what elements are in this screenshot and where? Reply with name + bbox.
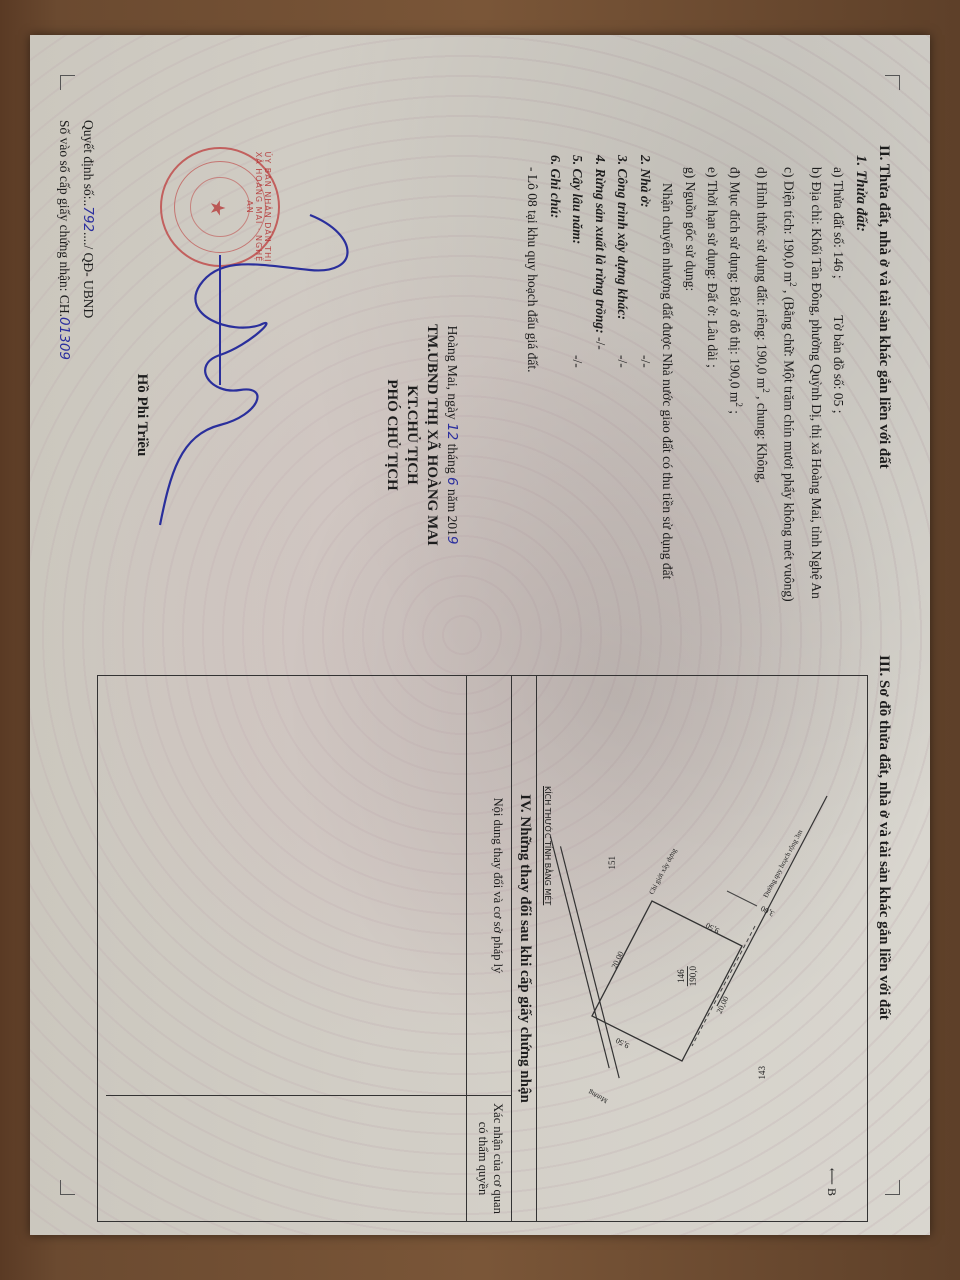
parcel-number: a) Thửa đất số: 146 ;: [832, 167, 847, 279]
issuing-org: TM.UBND THỊ XÃ HOÀNG MAI: [422, 285, 442, 585]
signing-block: Hoàng Mai, ngày 12 tháng 6 năm 2019 TM.U…: [382, 285, 462, 585]
purpose-text: đ) Mục đích sử dụng: Đất ở đô thị: 190,0…: [728, 167, 743, 402]
changes-header: Nội dung thay đổi và cơ sở pháp lý Xác n…: [466, 676, 511, 1221]
item-value: -/-: [638, 355, 653, 368]
purpose-line: đ) Mục đích sử dụng: Đất ở đô thị: 190,0…: [724, 155, 751, 625]
usage-form-text: d) Hình thức sử dụng đất: riêng: 190,0 m: [755, 167, 770, 388]
decision-number: 792: [80, 206, 96, 232]
decision-number-line: Quyết định số:..792..../ QĐ- UBND: [76, 120, 100, 360]
area-line: c) Diện tích: 190,0 m2 , (Bằng chữ: Một …: [778, 155, 805, 625]
origin-value: Nhận chuyển nhượng đất được Nhà nước gia…: [656, 155, 679, 625]
parcel-area-text: 190,0: [688, 966, 699, 986]
item-label: 2. Nhà ở:: [634, 155, 657, 355]
purpose-end: ;: [728, 407, 743, 414]
signer-name: Hồ Phi Triều: [133, 300, 150, 530]
neighbor-parcel: 143: [757, 1066, 767, 1080]
day-handwritten: 12: [444, 423, 460, 440]
origin-label: g) Nguồn gốc sử dụng:: [679, 155, 702, 625]
changes-title: IV. Những thay đổi sau khi cấp giấy chứn…: [511, 676, 538, 1221]
area-text: c) Diện tích: 190,0 m: [782, 167, 797, 282]
map-sheet-number: Tờ bản đồ số: 05 ;: [832, 315, 847, 413]
changes-col-content: Nội dung thay đổi và cơ sở pháp lý: [467, 676, 511, 1096]
item-value: -/-: [616, 355, 631, 368]
year-label: năm 201: [445, 486, 460, 536]
item-house: 2. Nhà ở:-/-: [634, 155, 657, 625]
parcel-number-text: 146: [676, 966, 688, 986]
changes-content-cell: [106, 676, 466, 1096]
parcel-map: ⟵ B 146 190,0 143 151 20,00 9,50 20,00 9…: [536, 675, 868, 1222]
register-number: 01309: [56, 317, 72, 360]
parcel-label: 146 190,0: [676, 966, 699, 986]
section-ii-title: II. Thửa đất, nhà ở và tài sản khác gắn …: [875, 145, 892, 469]
register-prefix: Số vào sổ cấp giấy chứng nhận: CH.: [57, 120, 72, 317]
subsection-parcel-title: 1. Thửa đất:: [850, 155, 873, 625]
year-handwritten: 9: [444, 536, 460, 545]
signer-role: PHÓ CHỦ TỊCH: [382, 285, 402, 585]
right-page: III. Sơ đồ thửa đất, nhà ở và tài sản kh…: [30, 635, 930, 1235]
address-line: b) Địa chỉ: Khối Tân Đông, phường Quỳnh …: [805, 155, 828, 625]
parcel-number-line: a) Thửa đất số: 146 ; Tờ bản đồ số: 05 ;: [827, 155, 850, 625]
item-value: -/-: [593, 337, 608, 350]
decision-info: Quyết định số:..792..../ QĐ- UBND Số vào…: [52, 120, 100, 360]
notes-value: - Lô 08 tại khu quy hoạch đấu giá đất.: [521, 155, 544, 625]
usage-form-line: d) Hình thức sử dụng đất: riêng: 190,0 m…: [751, 155, 778, 625]
area-words: , (Bằng chữ: Một trăm chín mươi phẩy khô…: [782, 287, 797, 602]
parcel-diagram: [537, 676, 867, 1221]
item-perennial-trees: 5. Cây lâu năm:-/-: [566, 155, 589, 625]
place-text: Hoàng Mai, ngày: [445, 326, 460, 423]
north-label: B: [825, 1188, 839, 1196]
item-planted-forest: 4. Rừng sản xuất là rừng trồng: -/-: [589, 155, 612, 625]
on-behalf-of: KT.CHỦ TỊCH: [402, 285, 422, 585]
section-iii-title: III. Sơ đồ thửa đất, nhà ở và tài sản kh…: [875, 655, 892, 1020]
certificate-paper: II. Thửa đất, nhà ở và tài sản khác gắn …: [30, 35, 930, 1235]
month-handwritten: 6: [444, 477, 460, 486]
changes-body: [106, 676, 466, 1221]
scale-note: KÍCH THƯỚC TÍNH BẰNG MÉT: [543, 786, 552, 905]
changes-table: IV. Những thay đổi sau khi cấp giấy chứn…: [97, 675, 538, 1222]
changes-col-confirmation: Xác nhận của cơ quan có thẩm quyền: [467, 1096, 511, 1221]
parcel-details: 1. Thửa đất: a) Thửa đất số: 146 ; Tờ bả…: [521, 155, 872, 625]
term-line: e) Thời hạn sử dụng: Đất ở: Lâu dài ;: [701, 155, 724, 625]
item-label: 3. Công trình xây dựng khác:: [611, 155, 634, 355]
north-arrow-icon: ⟵ B: [824, 1168, 839, 1196]
item-label: 5. Cây lâu năm:: [566, 155, 589, 355]
month-label: tháng: [445, 440, 460, 477]
notes-label: 6. Ghi chú:: [544, 155, 567, 625]
left-page: II. Thửa đất, nhà ở và tài sản khác gắn …: [30, 35, 930, 635]
place-date: Hoàng Mai, ngày 12 tháng 6 năm 2019: [442, 285, 462, 585]
changes-confirm-cell: [106, 1096, 466, 1221]
register-number-line: Số vào sổ cấp giấy chứng nhận: CH.01309: [52, 120, 76, 360]
item-label: 4. Rừng sản xuất là rừng trồng:: [593, 155, 608, 334]
item-value: -/-: [571, 355, 586, 368]
usage-form-shared: , chung: Không,: [755, 393, 770, 483]
neighbor-parcel: 151: [607, 856, 617, 870]
decision-prefix: Quyết định số:..: [81, 120, 96, 206]
decision-suffix: ..../ QĐ- UBND: [81, 232, 96, 318]
item-other-construction: 3. Công trình xây dựng khác:-/-: [611, 155, 634, 625]
